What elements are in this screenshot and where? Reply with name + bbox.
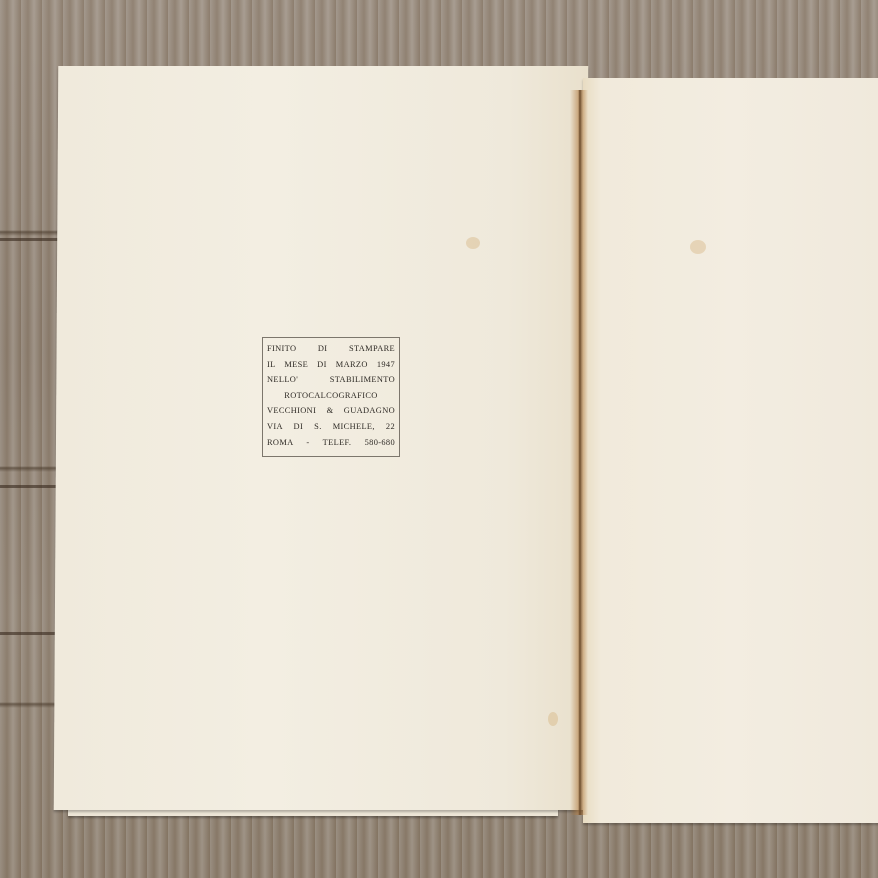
colophon-line: VECCHIONI & GUADAGNO	[267, 403, 395, 419]
colophon-line: VIA DI S. MICHELE, 22	[267, 419, 395, 435]
foxing-stain	[466, 237, 480, 249]
colophon-line: IL MESE DI MARZO 1947	[267, 357, 395, 373]
book-spine-gutter	[570, 90, 588, 815]
colophon-box: FINITO DI STAMPARE IL MESE DI MARZO 1947…	[262, 337, 400, 457]
foxing-stain	[548, 712, 558, 726]
foxing-stain	[690, 240, 706, 254]
plank-seam	[0, 238, 60, 241]
colophon-line: ROTOCALCOGRAFICO	[267, 388, 395, 404]
colophon-line: NELLO' STABILIMENTO	[267, 372, 395, 388]
plank-seam	[0, 485, 60, 488]
plank-seam	[0, 632, 60, 635]
colophon-line: FINITO DI STAMPARE	[267, 341, 395, 357]
colophon-line: ROMA - TELEF. 580-680	[267, 435, 395, 451]
right-page	[583, 78, 878, 823]
